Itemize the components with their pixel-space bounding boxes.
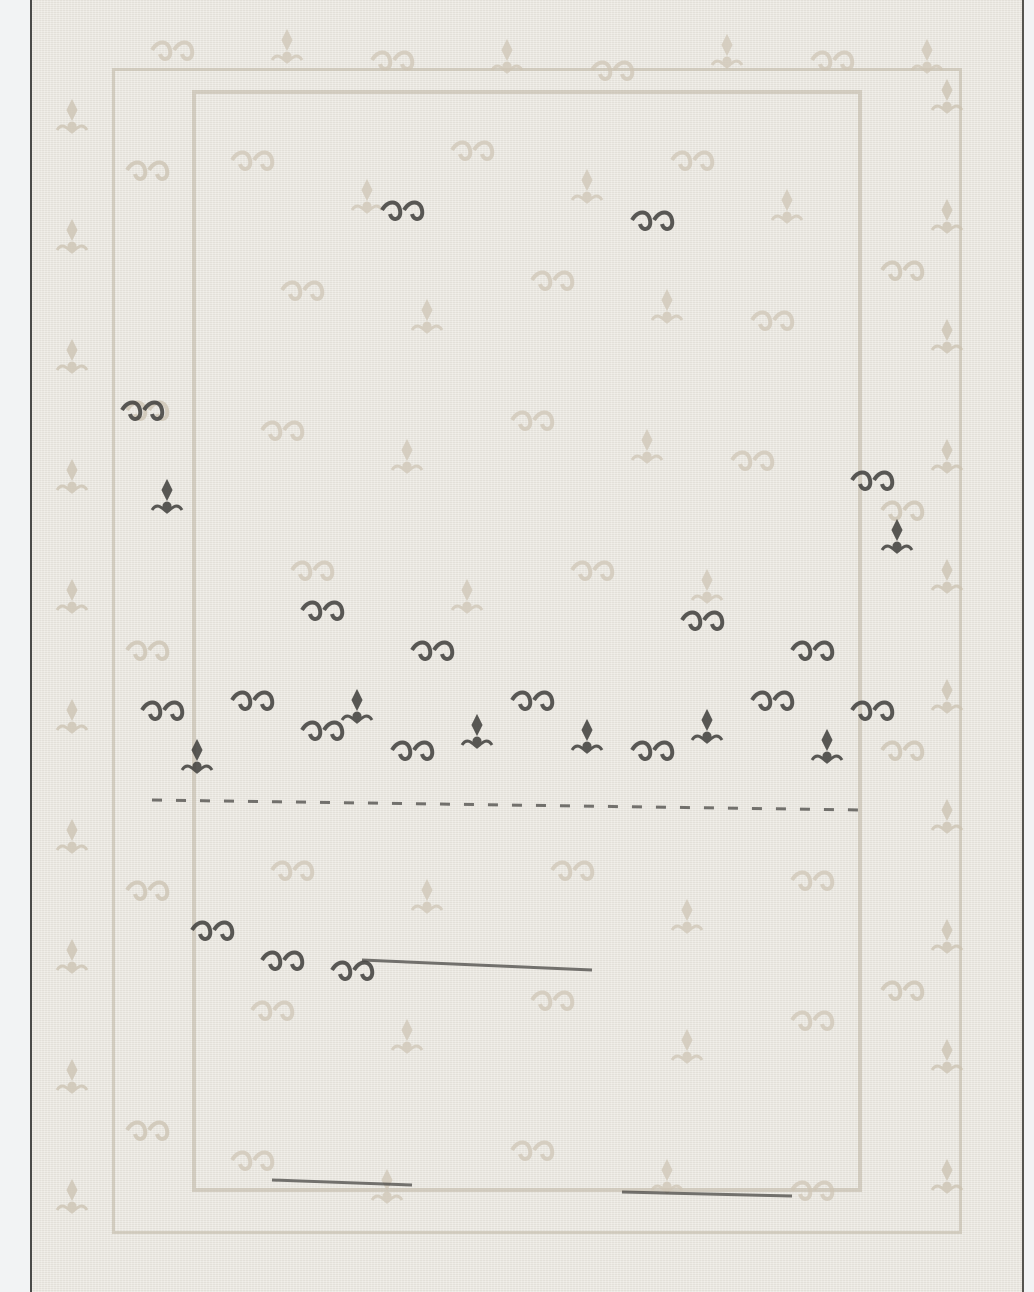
damask-pattern xyxy=(32,0,1024,1292)
rug xyxy=(30,0,1024,1292)
